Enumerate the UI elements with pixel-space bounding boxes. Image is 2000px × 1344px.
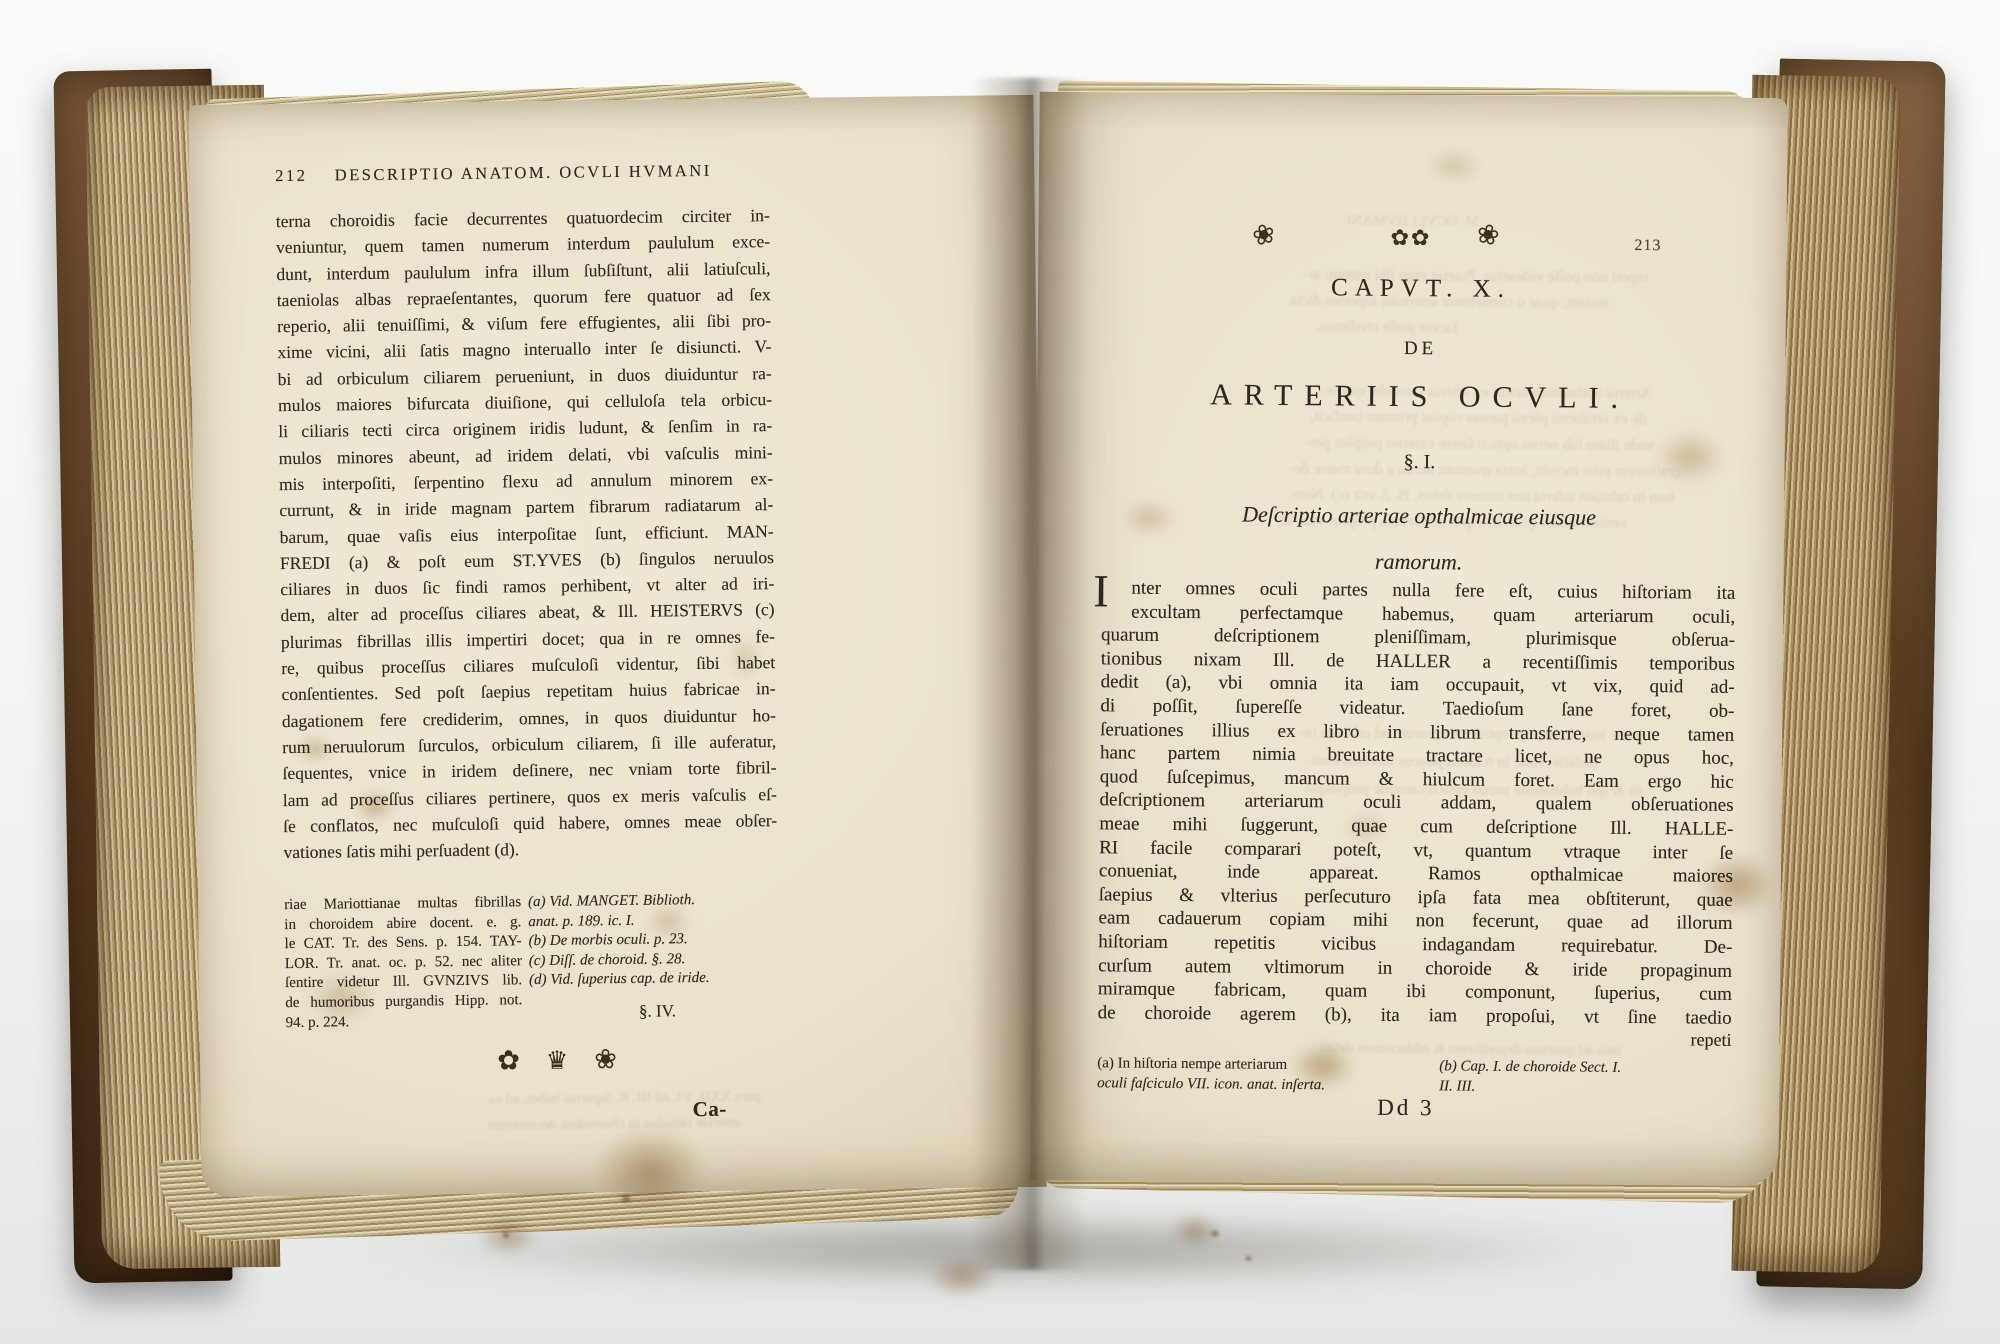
showthrough-line: arteriae ramulos in choroidem decurrente… (351, 1115, 741, 1137)
footnote-line: riae Mariottianae multas fibrillas (284, 893, 521, 915)
footnote-column-left: riae Mariottianae multas fibrillasin cho… (284, 893, 523, 1033)
footnote-line: (d) Vid. ſuperius cap. de iride. (529, 968, 785, 991)
section-mark-next: §. IV. (529, 1000, 785, 1023)
footnote-line: 94. p. 224. (285, 1011, 522, 1033)
section-subtitle: Deſcriptio arteriae opthalmicae eiusquer… (1101, 490, 1736, 588)
page-number-left: 212 (275, 166, 307, 186)
running-title: DESCRIPTIO ANATOM. OCVLI HVMANI (331, 161, 715, 186)
chapter-heading: CAPVT. X. (1104, 272, 1738, 306)
catchword: Ca- (693, 1097, 727, 1122)
running-header: 212 DESCRIPTIO ANATOM. OCVLI HVMANI (275, 161, 715, 166)
chapter-de: DE (1103, 335, 1737, 363)
footnote-line: de humoribus purgandis Hipp. not. (285, 991, 522, 1013)
book-photo: pars XXII. VI. ad III. R. ſuperius habet… (0, 0, 2000, 1344)
floral-sprig-icon: ✿ (497, 1045, 546, 1076)
chapter-title: ARTERIIS OCVLI. (1103, 377, 1737, 417)
text-line: vationes ſatis mihi perſuadent (d). (283, 833, 777, 865)
page-right: M. OCVLI HVMANIrepeti non poſſe videantu… (1030, 92, 1787, 1186)
tailpiece-ornament: ✿♛❀ (440, 1043, 700, 1077)
footnote-line: le CAT. Tr. des Sens. p. 154. TAY- (285, 932, 522, 954)
page-number-right: 213 (1634, 237, 1661, 255)
showthrough-line: facere poſſe credimus. (1158, 317, 1458, 338)
footnote-line: (a) In hiſtoria nempe arteriarum (1097, 1054, 1431, 1077)
fleuron-cluster-icon: ✿✿ (1390, 225, 1431, 251)
footnote-line: (b) Cap. I. de choroide Sect. I. (1439, 1057, 1739, 1079)
footnote-column-right: (a) Vid. MANGET. Biblioth.anat. p. 189. … (528, 890, 785, 991)
footnote-a: (a) In hiſtoria nempe arteriarumoculi fa… (1097, 1054, 1431, 1096)
footnote-b: (b) Cap. I. de choroide Sect. I.II. III. (1439, 1057, 1739, 1099)
crown-icon: ♛ (546, 1047, 595, 1075)
subtitle-line: Deſcriptio arteriae opthalmicae eiusque (1102, 490, 1736, 542)
signature-mark: Dd 3 (1311, 1094, 1501, 1122)
body-text-right: nter omnes oculi partes nulla fere eſt, … (1098, 576, 1736, 1030)
floral-sprig-icon: ❀ (594, 1044, 643, 1075)
footnote-line: oculi faſciculo VII. icon. anat. inſerta… (1097, 1074, 1431, 1097)
page-left: pars XXII. VI. ad III. R. ſuperius habet… (188, 95, 1046, 1197)
body-text-left: terna choroidis facie decurrentes quatuo… (276, 202, 778, 865)
